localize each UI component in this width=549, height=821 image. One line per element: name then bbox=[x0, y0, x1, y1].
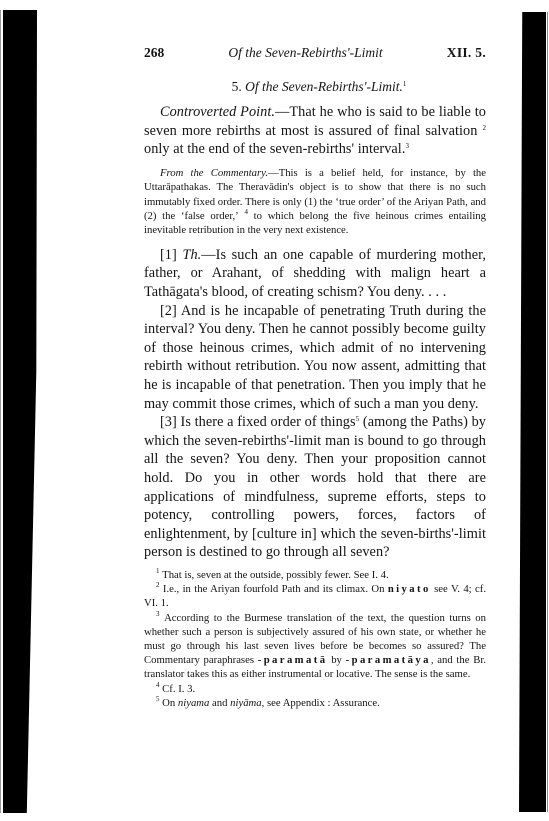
footnote-ref: 1 bbox=[403, 80, 407, 88]
footnote-marker: 1 bbox=[156, 567, 160, 575]
pali-term: -paramatāya bbox=[346, 654, 431, 666]
paragraph-text: And is he incapable of penetrating Truth… bbox=[144, 303, 486, 412]
footnote-text: , see Appendix : Assurance. bbox=[262, 697, 380, 709]
chapter-heading: 5. Of the Seven-Rebirths'-Limit.1 bbox=[144, 79, 486, 95]
footnote-text: On bbox=[162, 697, 178, 709]
pali-term: niyama bbox=[178, 697, 209, 709]
footnote-marker: 4 bbox=[156, 681, 160, 689]
footnote-text: I.e., in the Ariyan fourfold Path and it… bbox=[163, 583, 388, 595]
section-number: XII. 5. bbox=[447, 45, 486, 61]
footnote: 2 I.e., in the Ariyan fourfold Path and … bbox=[144, 582, 486, 610]
footnote-marker: 5 bbox=[156, 695, 160, 703]
running-title: Of the Seven-Rebirths'-Limit bbox=[228, 45, 382, 61]
pali-term: niyāma bbox=[230, 697, 261, 709]
speaker-label: Th. bbox=[182, 247, 201, 263]
footnote-marker: 3 bbox=[156, 610, 160, 618]
pali-term: niyato bbox=[388, 583, 431, 595]
footnote-text: and bbox=[209, 697, 230, 709]
controverted-point-label: Controverted Point. bbox=[160, 104, 275, 120]
footnote-text: That is, seven at the outside, possibly … bbox=[162, 569, 388, 581]
footnote-ref: 3 bbox=[405, 142, 409, 150]
scan-edge-left-line bbox=[0, 10, 1, 813]
scan-edge-right-line bbox=[547, 12, 548, 812]
commentary-label: From the Commentary. bbox=[160, 167, 268, 179]
paragraph-number: [3] bbox=[160, 414, 177, 430]
paragraph-number: [1] bbox=[160, 247, 177, 263]
argument-paragraph: [1] Th.—Is such an one capable of murder… bbox=[144, 246, 486, 302]
controverted-point-text: only at the end of the seven-rebirths' i… bbox=[144, 141, 405, 157]
running-head: 268 Of the Seven-Rebirths'-Limit XII. 5. bbox=[144, 45, 486, 65]
chapter-number: 5. bbox=[232, 79, 242, 94]
chapter-title: Of the Seven-Rebirths'-Limit. bbox=[245, 79, 403, 94]
book-page: 268 Of the Seven-Rebirths'-Limit XII. 5.… bbox=[144, 45, 486, 710]
paragraph-text: (among the Paths) by which the seven-reb… bbox=[144, 414, 486, 560]
controverted-point: Controverted Point.—That he who is said … bbox=[144, 103, 486, 159]
footnote: 3 According to the Burmese translation o… bbox=[144, 611, 486, 682]
footnote-marker: 2 bbox=[156, 581, 160, 589]
argument-paragraph: [3] Is there a fixed order of things5 (a… bbox=[144, 413, 486, 562]
argument-paragraph: [2] And is he incapable of penetrating T… bbox=[144, 302, 486, 414]
footnote: 5 On niyama and niyāma, see Appendix : A… bbox=[144, 696, 486, 710]
page-number: 268 bbox=[144, 45, 164, 61]
footnote: 4 Cf. I. 3. bbox=[144, 682, 486, 696]
paragraph-text: Is there a fixed order of things bbox=[177, 414, 356, 430]
scan-edge-right bbox=[519, 12, 546, 812]
footnotes: 1 That is, seven at the outside, possibl… bbox=[144, 568, 486, 710]
paragraph-number: [2] bbox=[160, 303, 177, 319]
scan-edge-left bbox=[3, 10, 37, 813]
commentary-paragraph: From the Commentary.—This is a belief he… bbox=[144, 166, 486, 238]
pali-term: -paramatā bbox=[258, 654, 328, 666]
footnote-text: Cf. I. 3. bbox=[162, 683, 195, 695]
footnote-text: by bbox=[327, 654, 345, 666]
footnote: 1 That is, seven at the outside, possibl… bbox=[144, 568, 486, 582]
footnote-ref: 2 bbox=[482, 124, 486, 132]
